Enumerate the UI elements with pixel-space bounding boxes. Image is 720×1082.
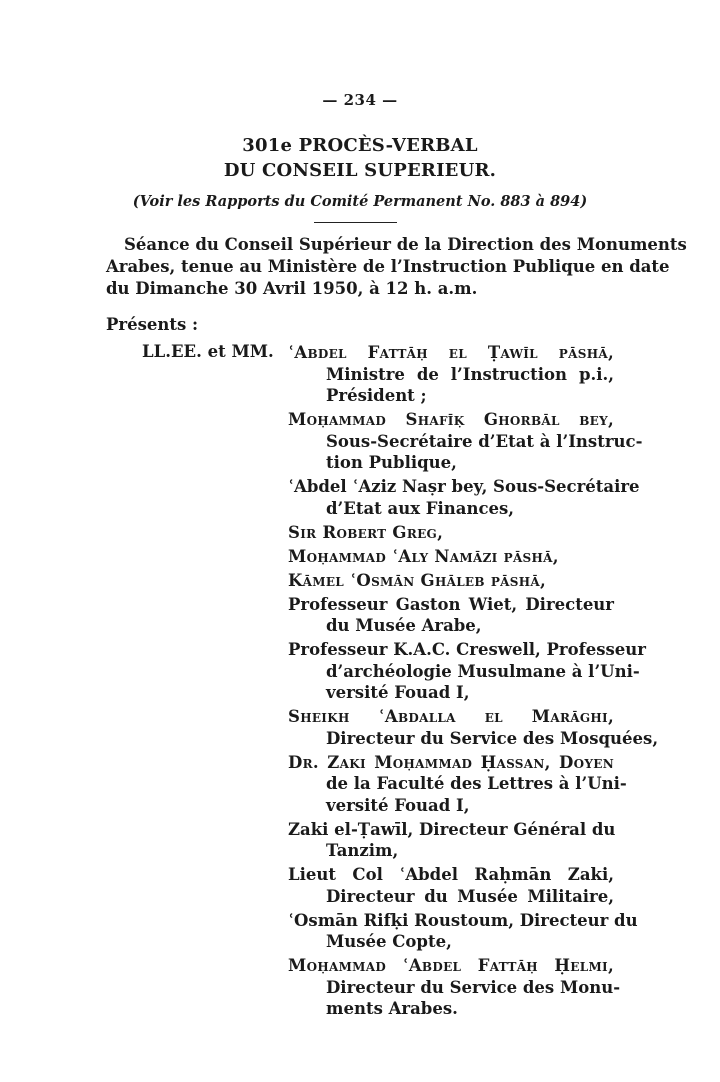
- attendee-entry: ʿAbdel Fattāḥ el Ṭawīl pāshā, Ministre d…: [288, 342, 614, 407]
- attendee-entry: Sheikh ʿAbdalla el Marāghi, Directeur du…: [288, 706, 614, 749]
- document-subtitle-heading: DU CONSEIL SUPERIEUR.: [106, 160, 614, 181]
- attendee-name: Moḥammad Shafīḳ Ghorbāl bey,: [288, 409, 614, 431]
- attendee-name: ʿAbdel Fattāḥ el Ṭawīl pāshā,: [288, 342, 614, 364]
- attendee-name: Moḥammad ʿAly Namāzi pāshā,: [288, 546, 614, 568]
- attendee-name: Professeur Gaston Wiet, Directeur: [288, 594, 614, 616]
- attendee-entry: Dr. Zaki Moḥammad Ḥassan, Doyen de la Fa…: [288, 752, 614, 817]
- honorific-prefix: LL.EE. et MM.: [142, 342, 274, 361]
- attendee-entry: ʿAbdel ʿAziz Naṣr bey, Sous-Secrétaire d…: [288, 476, 614, 519]
- intro-line: Arabes, tenue au Ministère de l’Instruct…: [106, 256, 614, 278]
- presents-heading: Présents :: [106, 315, 198, 334]
- attendee-name: Lieut Col ʿAbdel Raḥmān Zaki,: [288, 864, 614, 886]
- attendee-title: Directeur du Service des Monu-: [288, 977, 614, 999]
- attendee-title: Tanzim,: [288, 840, 614, 862]
- intro-line: du Dimanche 30 Avril 1950, à 12 h. a.m.: [106, 278, 614, 300]
- attendee-name: ʿAbdel ʿAziz Naṣr bey, Sous-Secrétaire: [288, 476, 614, 498]
- attendee-title: versité Fouad I,: [288, 682, 614, 704]
- attendee-entry: Kāmel ʿOsmān Ghāleb pāshā,: [288, 570, 614, 592]
- attendee-title: de la Faculté des Lettres à l’Uni-: [288, 773, 614, 795]
- intro-line: Séance du Conseil Supérieur de la Direct…: [106, 234, 614, 256]
- page-number: — 234 —: [106, 91, 614, 109]
- reference-note: (Voir les Rapports du Comité Permanent N…: [106, 193, 614, 210]
- attendee-entry: Professeur K.A.C. Creswell, Professeur d…: [288, 639, 614, 704]
- attendee-entry: ʿOsmān Rifḳi Roustoum, Directeur du Musé…: [288, 910, 614, 953]
- attendee-title: du Musée Arabe,: [288, 615, 614, 637]
- attendee-name: Kāmel ʿOsmān Ghāleb pāshā,: [288, 570, 614, 592]
- attendee-title: d’Etat aux Finances,: [288, 498, 614, 520]
- attendee-title: ments Arabes.: [288, 998, 614, 1020]
- attendee-title: d’archéologie Musulmane à l’Uni-: [288, 661, 614, 683]
- attendee-entry: Professeur Gaston Wiet, Directeur du Mus…: [288, 594, 614, 637]
- intro-paragraph: Séance du Conseil Supérieur de la Direct…: [106, 234, 614, 300]
- attendee-title: Ministre de l’Instruction p.i.,: [288, 364, 614, 386]
- attendee-title: Musée Copte,: [288, 931, 614, 953]
- attendee-entry: Lieut Col ʿAbdel Raḥmān Zaki, Directeur …: [288, 864, 614, 907]
- attendee-entry: Moḥammad Shafīḳ Ghorbāl bey, Sous-Secrét…: [288, 409, 614, 474]
- attendee-entry: Zaki el-Ṭawīl, Directeur Général du Tanz…: [288, 819, 614, 862]
- attendee-entry: Moḥammad ʿAly Namāzi pāshā,: [288, 546, 614, 568]
- attendee-name: Sir Robert Greg,: [288, 522, 614, 544]
- attendee-title: Directeur du Service des Mosquées,: [288, 728, 614, 750]
- attendee-entry: Moḥammad ʿAbdel Fattāḥ Ḥelmi, Directeur …: [288, 955, 614, 1020]
- attendee-name: Sheikh ʿAbdalla el Marāghi,: [288, 706, 614, 728]
- document-title: 301e PROCÈS-VERBAL: [106, 135, 614, 156]
- attendee-list: ʿAbdel Fattāḥ el Ṭawīl pāshā, Ministre d…: [288, 342, 614, 1022]
- attendee-title: Sous-Secrétaire d’Etat à l’Instruc-: [288, 431, 614, 453]
- attendee-title: versité Fouad I,: [288, 795, 614, 817]
- attendee-name: Dr. Zaki Moḥammad Ḥassan, Doyen: [288, 752, 614, 774]
- attendee-name: Zaki el-Ṭawīl, Directeur Général du: [288, 819, 614, 841]
- attendee-name: Professeur K.A.C. Creswell, Professeur: [288, 639, 614, 661]
- divider: [314, 222, 397, 223]
- attendee-name: Moḥammad ʿAbdel Fattāḥ Ḥelmi,: [288, 955, 614, 977]
- attendee-entry: Sir Robert Greg,: [288, 522, 614, 544]
- attendee-title: Directeur du Musée Militaire,: [288, 886, 614, 908]
- attendee-title: tion Publique,: [288, 452, 614, 474]
- attendee-name: ʿOsmān Rifḳi Roustoum, Directeur du: [288, 910, 614, 932]
- attendee-title: Président ;: [288, 385, 614, 407]
